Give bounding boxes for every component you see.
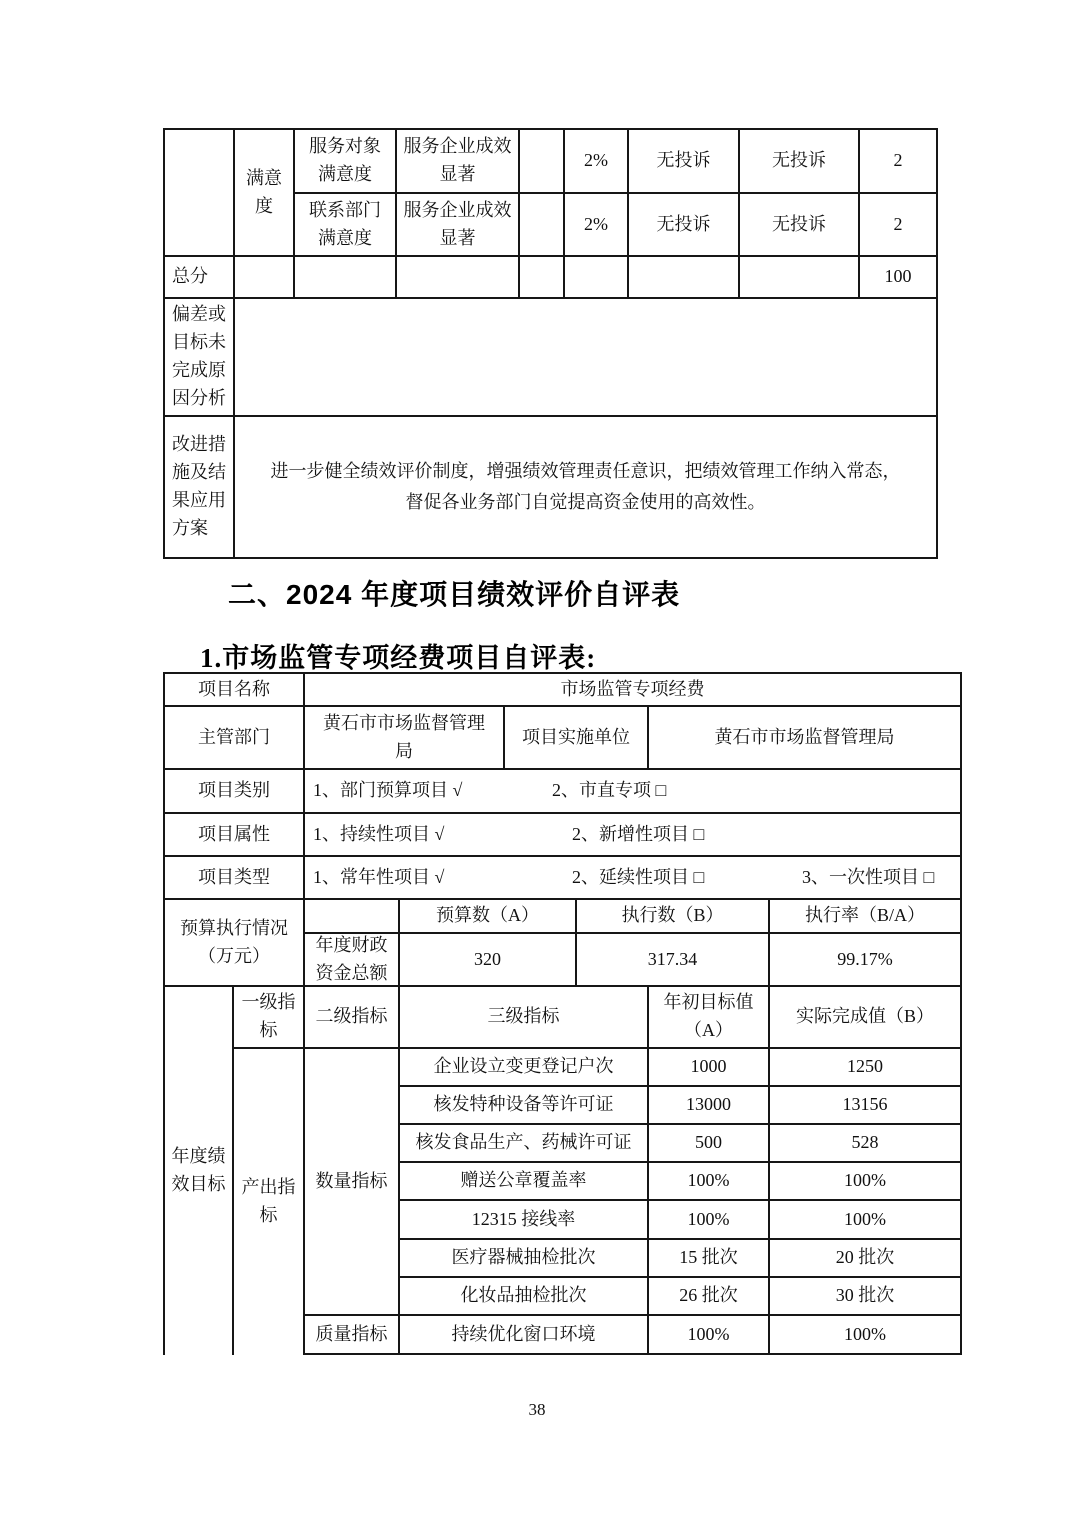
option-category-2: 2、市直专项 □ xyxy=(552,777,666,805)
cell-budget-value-rate: 99.17% xyxy=(770,934,962,987)
option-type-1: 1、常年性项目 √ xyxy=(313,864,444,892)
cell-indicator-target: 13000 xyxy=(649,1087,770,1125)
cell-target: 无投诉 xyxy=(629,194,740,257)
cell-indicator-target: 1000 xyxy=(649,1049,770,1087)
cell-project-name-value: 市场监管专项经费 xyxy=(305,674,962,707)
cell-weight: 2% xyxy=(565,130,629,194)
cell-level2-quality: 质量指标 xyxy=(305,1316,400,1355)
cell-project-name-label: 项目名称 xyxy=(165,674,305,707)
cell-empty xyxy=(305,900,400,934)
cell-indicator-name: 持续优化窗口环境 xyxy=(400,1316,649,1355)
cell-indicator-actual: 20 批次 xyxy=(770,1240,962,1278)
cell-impl-label: 项目实施单位 xyxy=(505,707,649,770)
cell-indicator-header-l3: 三级指标 xyxy=(400,987,649,1049)
cell-budget-label: 预算执行情况 （万元） xyxy=(165,900,305,987)
cell-indicator-actual: 100% xyxy=(770,1201,962,1240)
cell-type-options: 1、常年性项目 √ 2、延续性项目 □ 3、一次性项目 □ xyxy=(305,857,962,900)
cell-empty xyxy=(235,257,295,299)
cell-category-label: 项目类别 xyxy=(165,770,305,814)
cell-budget-value-a: 320 xyxy=(400,934,577,987)
cell-indicator-actual: 13156 xyxy=(770,1087,962,1125)
section-heading: 二、2024 年度项目绩效评价自评表 xyxy=(228,573,680,613)
project-self-evaluation-table: 项目名称 市场监管专项经费 主管部门 黄石市市场监督管理 局 项目实施单位 黄石… xyxy=(163,672,962,1355)
cell-score: 2 xyxy=(860,130,938,194)
cell-indicator-target: 500 xyxy=(649,1125,770,1163)
cell-indicator-actual: 1250 xyxy=(770,1049,962,1087)
cell-attribute-options: 1、持续性项目 √ 2、新增性项目 □ xyxy=(305,814,962,857)
option-category-1: 1、部门预算项目 √ xyxy=(313,777,462,805)
cell-deviation-label: 偏差或 目标未 完成原 因分析 xyxy=(165,299,235,417)
cell-indicator-header-actual: 实际完成值（B） xyxy=(770,987,962,1049)
performance-summary-table: 满意 度 服务对象 满意度 服务企业成效 显著 2% 无投诉 无投诉 2 联系部… xyxy=(163,128,938,559)
page-number: 38 xyxy=(0,1400,1074,1420)
cell-improvement-content: 进一步健全绩效评价制度，增强绩效管理责任意识，把绩效管理工作纳入常态， 督促各业… xyxy=(235,417,938,559)
cell-indicator-name: 企业设立变更登记户次 xyxy=(400,1049,649,1087)
cell-indicator-header-l1: 一级指 标 xyxy=(234,987,305,1049)
cell-indicator-target: 15 批次 xyxy=(649,1240,770,1278)
cell-indicator-name: 化妆品抽检批次 xyxy=(400,1278,649,1316)
cell-indicator-actual: 528 xyxy=(770,1125,962,1163)
cell-empty xyxy=(295,257,397,299)
cell-attribute-label: 项目属性 xyxy=(165,814,305,857)
cell-indicator-name: 12315 接线率 xyxy=(400,1201,649,1240)
cell-dept-label: 主管部门 xyxy=(165,707,305,770)
cell-total-score: 100 xyxy=(860,257,938,299)
cell-empty xyxy=(565,257,629,299)
cell-empty xyxy=(740,257,860,299)
cell-actual: 无投诉 xyxy=(740,130,860,194)
cell-budget-header-b: 执行数（B） xyxy=(577,900,770,934)
cell-indicator-target: 26 批次 xyxy=(649,1278,770,1316)
cell-satisfaction-group: 满意 度 xyxy=(235,130,295,257)
cell-deviation-content xyxy=(235,299,938,417)
cell-empty xyxy=(520,257,565,299)
cell-score: 2 xyxy=(860,194,938,257)
cell-indicator-name: 核发食品生产、药械许可证 xyxy=(400,1125,649,1163)
cell-indicator-target: 100% xyxy=(649,1201,770,1240)
cell-indicator-name: 赠送公章覆盖率 xyxy=(400,1163,649,1201)
cell-empty xyxy=(520,194,565,257)
cell-criteria: 服务企业成效 显著 xyxy=(397,130,520,194)
cell-indicator-target: 100% xyxy=(649,1316,770,1355)
cell-target: 无投诉 xyxy=(629,130,740,194)
cell-indicator-actual: 30 批次 xyxy=(770,1278,962,1316)
cell-weight: 2% xyxy=(565,194,629,257)
option-attribute-2: 2、新增性项目 □ xyxy=(572,821,704,849)
cell-budget-row-label: 年度财政 资金总额 xyxy=(305,934,400,987)
cell-level3: 服务对象 满意度 xyxy=(295,130,397,194)
option-type-2: 2、延续性项目 □ xyxy=(572,864,704,892)
cell-total-label: 总分 xyxy=(165,257,235,299)
cell-actual: 无投诉 xyxy=(740,194,860,257)
cell-budget-header-a: 预算数（A） xyxy=(400,900,577,934)
cell-dept-value: 黄石市市场监督管理 局 xyxy=(305,707,505,770)
cell-indicator-header-target: 年初目标值 （A） xyxy=(649,987,770,1049)
cell-indicator-name: 医疗器械抽检批次 xyxy=(400,1240,649,1278)
option-type-3: 3、一次性项目 □ xyxy=(802,864,934,892)
option-attribute-1: 1、持续性项目 √ xyxy=(313,821,444,849)
document-page: 满意 度 服务对象 满意度 服务企业成效 显著 2% 无投诉 无投诉 2 联系部… xyxy=(0,0,1074,1520)
subsection-heading: 1.市场监管专项经费项目自评表: xyxy=(200,636,596,675)
cell-indicator-header-l2: 二级指标 xyxy=(305,987,400,1049)
cell-annual-goal-label: 年度绩 效目标 xyxy=(165,987,234,1355)
cell-impl-value: 黄石市市场监督管理局 xyxy=(649,707,962,770)
cell-improvement-label: 改进措 施及结 果应用 方案 xyxy=(165,417,235,559)
cell-indicator-actual: 100% xyxy=(770,1163,962,1201)
cell-criteria: 服务企业成效 显著 xyxy=(397,194,520,257)
cell-level3: 联系部门 满意度 xyxy=(295,194,397,257)
cell-empty xyxy=(629,257,740,299)
cell-indicator-actual: 100% xyxy=(770,1316,962,1355)
cell-budget-value-b: 317.34 xyxy=(577,934,770,987)
cell-category-options: 1、部门预算项目 √ 2、市直专项 □ xyxy=(305,770,962,814)
cell-empty-category xyxy=(165,130,235,257)
cell-empty xyxy=(397,257,520,299)
cell-indicator-target: 100% xyxy=(649,1163,770,1201)
cell-empty xyxy=(520,130,565,194)
cell-level2-quantity: 数量指标 xyxy=(305,1049,400,1316)
cell-level1-output: 产出指 标 xyxy=(234,1049,305,1355)
cell-indicator-name: 核发特种设备等许可证 xyxy=(400,1087,649,1125)
cell-type-label: 项目类型 xyxy=(165,857,305,900)
cell-budget-header-rate: 执行率（B/A） xyxy=(770,900,962,934)
